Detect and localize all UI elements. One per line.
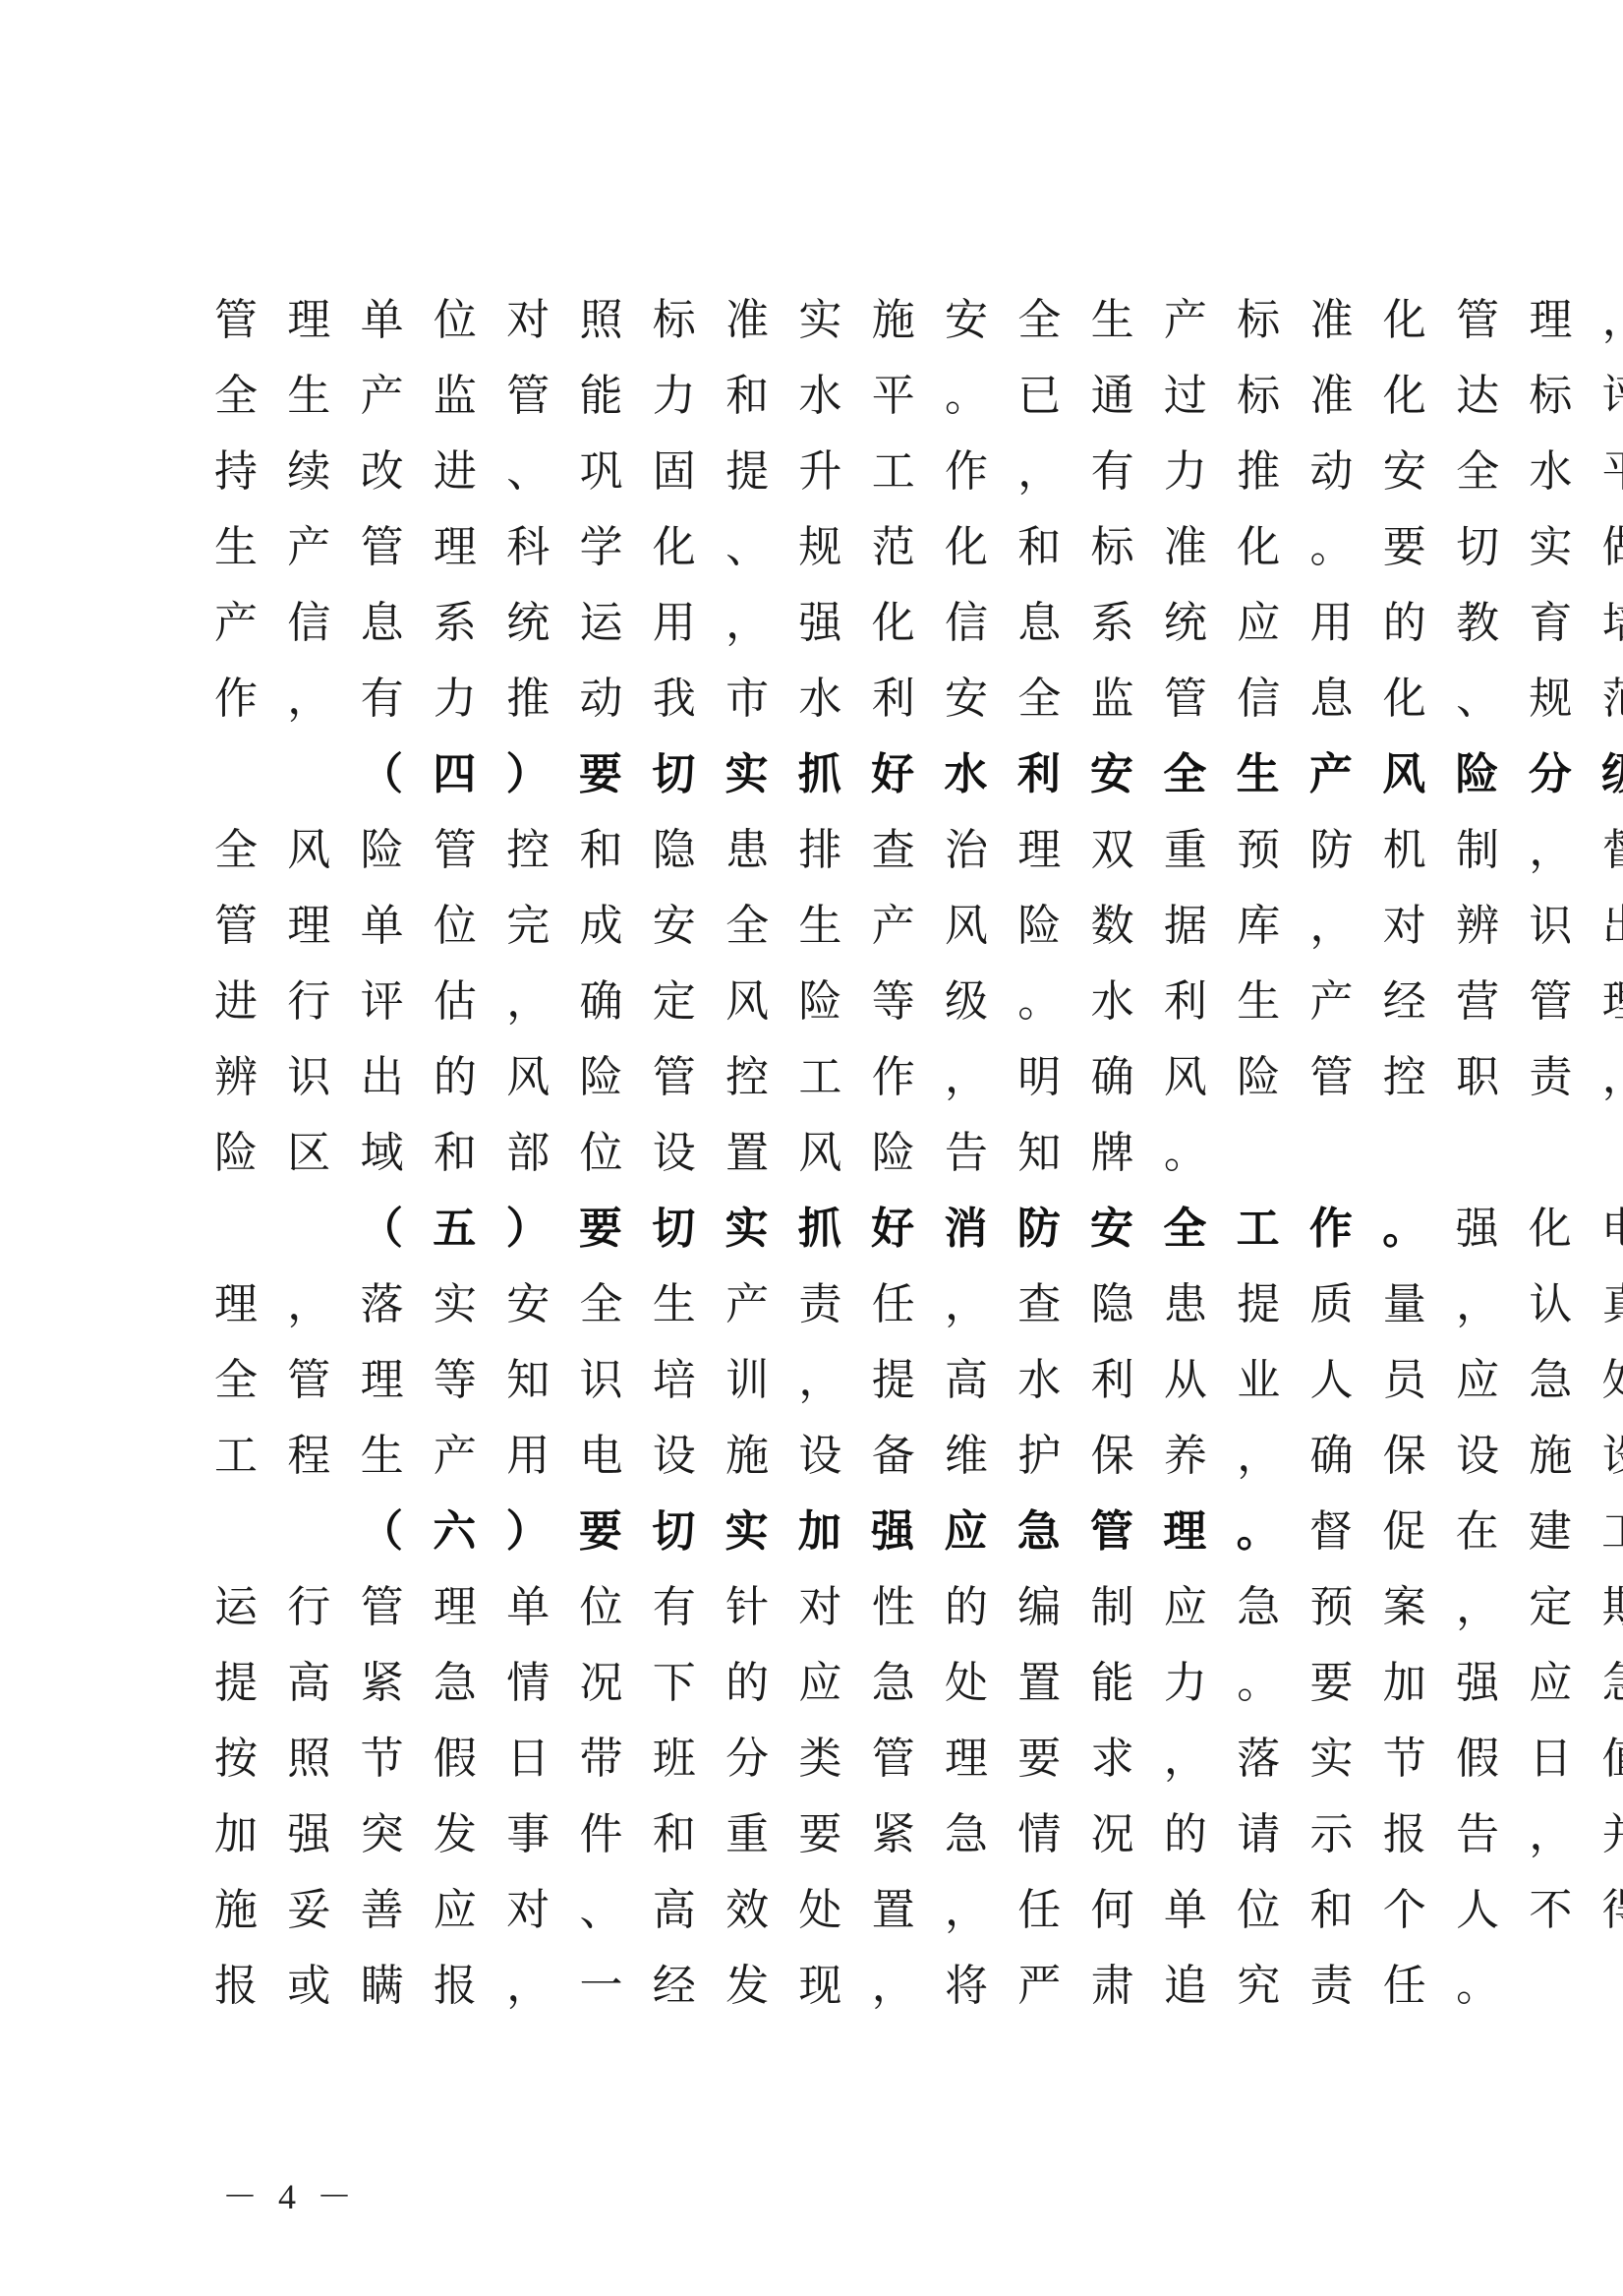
paragraph-line: 加强突发事件和重要紧急情况的请示报告，并及时采取有效措 (214, 1796, 1394, 1872)
paragraph-line: 辨识出的风险管控工作，明确风险管控职责，并在存在安全风 (214, 1039, 1394, 1115)
paragraph-line: 作，有力推动我市水利安全监管信息化、规范化水平。 (214, 661, 1394, 736)
section-5-text: 强化电气火灾等综合治 (1456, 1204, 1623, 1254)
paragraph-line: 按照节假日带班分类管理要求，落实节假日值班带班制度。要 (214, 1721, 1394, 1796)
paragraph-line: 管理单位完成安全生产风险数据库，对辨识出的安全生产风险 (214, 888, 1394, 964)
section-5-first-line: （五）要切实抓好消防安全工作。强化电气火灾等综合治 (214, 1191, 1394, 1266)
paragraph-line: 报或瞒报，一经发现，将严肃追究责任。 (214, 1948, 1394, 2024)
section-6-text: 督促在建工程参建单位、工程 (1309, 1506, 1623, 1557)
paragraph-line: 工程生产用电设施设备维护保养，确保设施设备运行良好。 (214, 1418, 1394, 1494)
paragraph-line: 管理单位对照标准实施安全生产标准化管理，切实提升水利安 (214, 282, 1394, 358)
document-body: 管理单位对照标准实施安全生产标准化管理，切实提升水利安 全生产监管能力和水平。已… (214, 282, 1394, 2024)
paragraph-line: 全生产监管能力和水平。已通过标准化达标评审的单位要抓好 (214, 358, 1394, 434)
paragraph-line: 理，落实安全生产责任，查隐患提质量，认真组织开展消防安 (214, 1266, 1394, 1342)
section-6-heading: （六）要切实加强应急管理。 (360, 1506, 1309, 1557)
section-6-first-line: （六）要切实加强应急管理。督促在建工程参建单位、工程 (214, 1494, 1394, 1569)
section-5-heading: （五）要切实抓好消防安全工作。 (360, 1204, 1456, 1254)
paragraph-line: 全管理等知识培训，提高水利从业人员应急处置能力。对水利 (214, 1342, 1394, 1418)
paragraph-line: 进行评估，确定风险等级。水利生产经营管理单位要强化对已 (214, 964, 1394, 1039)
paragraph-line: 产信息系统运用，强化信息系统应用的教育培训和督促指导工 (214, 585, 1394, 661)
paragraph-line: 生产管理科学化、规范化和标准化。要切实做好水利部安全生 (214, 509, 1394, 585)
paragraph-line: 提高紧急情况下的应急处置能力。要加强应急值班工作，严格 (214, 1645, 1394, 1721)
paragraph-line: 险区域和部位设置风险告知牌。 (214, 1115, 1394, 1191)
document-page: 管理单位对照标准实施安全生产标准化管理，切实提升水利安 全生产监管能力和水平。已… (0, 0, 1623, 2296)
section-4-heading: （四）要切实抓好水利安全生产风险分级管控。 (360, 749, 1623, 799)
paragraph-line: 全风险管控和隐患排查治理双重预防机制，督促水利生产经营 (214, 812, 1394, 888)
paragraph-line: 运行管理单位有针对性的编制应急预案，定期组织培训演练， (214, 1569, 1394, 1645)
paragraph-line: 持续改进、巩固提升工作，有力推动安全水平提升和水利安全 (214, 434, 1394, 509)
paragraph-line: 施妥善应对、高效处置，任何单位和个人不得迟报、漏报、谎 (214, 1872, 1394, 1948)
page-number: － 4 － (222, 2169, 358, 2219)
section-4-first-line: （四）要切实抓好水利安全生产风险分级管控。建立健全安 (214, 736, 1394, 812)
